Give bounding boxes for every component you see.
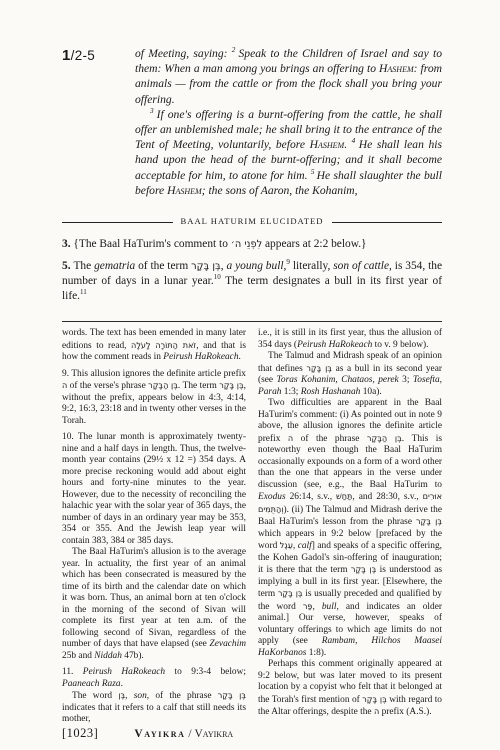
page-number: [1023] (62, 726, 98, 741)
divider-line-left (62, 222, 173, 223)
footnote-paragraph: words. The text has been emended in many… (62, 328, 246, 364)
book-title: Vayikra / Vayikra (134, 728, 233, 740)
footnote-rule (62, 321, 442, 322)
footnote-paragraph: The Baal HaTurim's allusion is to the av… (62, 547, 246, 662)
verse-reference: 1/2-5 (62, 46, 135, 64)
translation-paragraph: of Meeting, saying: 2 Speak to the Child… (135, 46, 442, 107)
translation-header-row: 1/2-5 of Meeting, saying: 2 Speak to the… (62, 46, 442, 198)
footnote-paragraph: 9. This allusion ignores the definite ar… (62, 369, 246, 428)
translation-paragraph: 3 If one's offering is a burnt-offering … (135, 107, 442, 198)
footnotes-right-column: i.e., it is still in its first year, thu… (258, 328, 442, 726)
footnote-paragraph: 10. The lunar month is approximately twe… (62, 432, 246, 547)
footnote-paragraph: The Talmud and Midrash speak of an opini… (258, 351, 442, 398)
commentary-paragraph: 3. {The Baal HaTurim's comment to לִפְנֵ… (62, 237, 442, 252)
footnote-paragraph: The word בֶּן, son, of the phrase בֶּן ב… (62, 690, 246, 726)
footnote-paragraph: Two difficulties are apparent in the Baa… (258, 398, 442, 659)
footnote-paragraph: i.e., it is still in its first year, thu… (258, 328, 442, 351)
page-footer: [1023] Vayikra / Vayikra (62, 726, 442, 741)
commentary-section: 3. {The Baal HaTurim's comment to לִפְנֵ… (62, 237, 442, 311)
translation-block: of Meeting, saying: 2 Speak to the Child… (135, 46, 442, 198)
divider-line-right (332, 222, 443, 223)
book-page: 1/2-5 of Meeting, saying: 2 Speak to the… (0, 0, 500, 750)
footnote-paragraph: 11. Peirush HaRokeach to 9:3-4 below; Pa… (62, 667, 246, 690)
footnote-paragraph: Perhaps this comment originally appeared… (258, 659, 442, 719)
divider-label: BAAL HATURIM ELUCIDATED (173, 216, 332, 226)
commentary-paragraph: 5. The gematria of the term בֶּן בָּקָר,… (62, 259, 442, 304)
footnotes-left-column: words. The text has been emended in many… (62, 328, 246, 726)
section-divider: BAAL HATURIM ELUCIDATED (62, 217, 442, 227)
footnotes-section: words. The text has been emended in many… (62, 328, 442, 726)
